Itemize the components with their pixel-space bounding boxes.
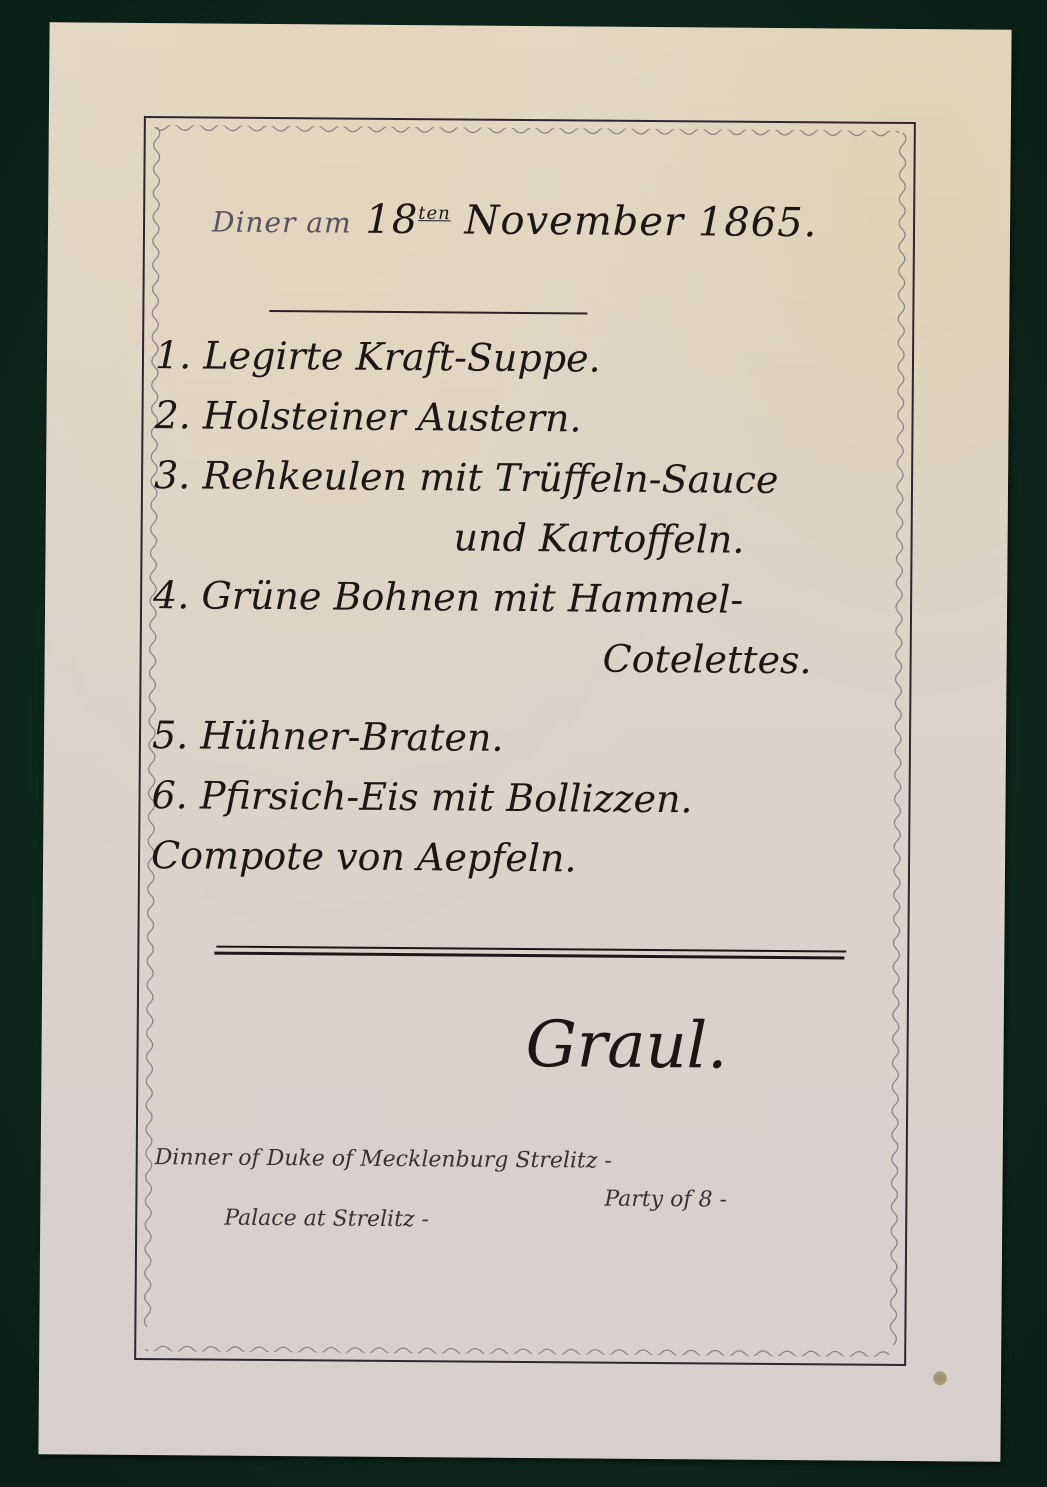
menu-item-2: 2. Holsteiner Austern.	[154, 385, 894, 451]
menu-item-3: 3. Rehkeulen mit Trüffeln-Sauce	[154, 445, 894, 511]
pencil-note-line-2: Palace at Strelitz -	[224, 1206, 429, 1233]
menu-item-number: 3.	[154, 453, 191, 497]
menu-item-1: 1. Legirte Kraft-Suppe.	[155, 325, 895, 391]
menu-item-4: 4. Grüne Bohnen mit Hammel-	[153, 565, 893, 631]
wavy-inner-border: Diner am 18ten November 1865. 1. Legirte…	[143, 125, 907, 1357]
menu-item-number: 1.	[155, 333, 192, 377]
menu-item-text: Grüne Bohnen mit Hammel-	[201, 573, 743, 621]
menu-item-4-continued: Cotelettes.	[152, 625, 892, 691]
menu-item-5: 5. Hühner-Braten.	[152, 705, 892, 771]
printed-border-frame: Diner am 18ten November 1865. 1. Legirte…	[134, 116, 916, 1366]
menu-item-text: Pfirsich-Eis mit Bollizzen.	[200, 773, 693, 821]
heading-prefix: Diner am	[212, 206, 352, 240]
menu-item-text: Rehkeulen mit Trüffeln-Sauce	[202, 453, 778, 502]
menu-list: 1. Legirte Kraft-Suppe. 2. Holsteiner Au…	[151, 325, 895, 891]
menu-item-text: Compote von Aepfeln.	[151, 833, 577, 880]
menu-heading: Diner am 18ten November 1865.	[212, 196, 892, 247]
menu-item-text: Hühner-Braten.	[200, 713, 503, 759]
heading-day: 18	[365, 197, 418, 243]
pencil-note-line-1: Dinner of Duke of Mecklenburg Strelitz -	[155, 1145, 612, 1174]
menu-item-6: 6. Pfirsich-Eis mit Bollizzen.	[151, 765, 891, 831]
menu-item-number: 2.	[154, 393, 191, 437]
paper-stain	[933, 1371, 947, 1385]
menu-item-text: Legirte Kraft-Suppe.	[203, 333, 601, 380]
menu-item-number: 4.	[153, 573, 190, 617]
menu-item-text: und Kartoffeln.	[453, 515, 744, 561]
heading-month-year: November 1865.	[464, 198, 817, 247]
menu-item-text: Holsteiner Austern.	[203, 393, 582, 440]
heading-ordinal: ten	[418, 203, 451, 224]
signature: Graul.	[525, 1008, 727, 1084]
menu-card: Diner am 18ten November 1865. 1. Legirte…	[38, 22, 1011, 1462]
menu-item-text: Cotelettes.	[602, 637, 811, 683]
menu-item-number: 5.	[152, 713, 189, 757]
menu-item-number: 6.	[151, 773, 188, 817]
menu-item-6-continued: Compote von Aepfeln.	[151, 825, 891, 891]
menu-item-3-continued: und Kartoffeln.	[153, 505, 893, 571]
pencil-note-line-3: Party of 8 -	[604, 1187, 727, 1213]
